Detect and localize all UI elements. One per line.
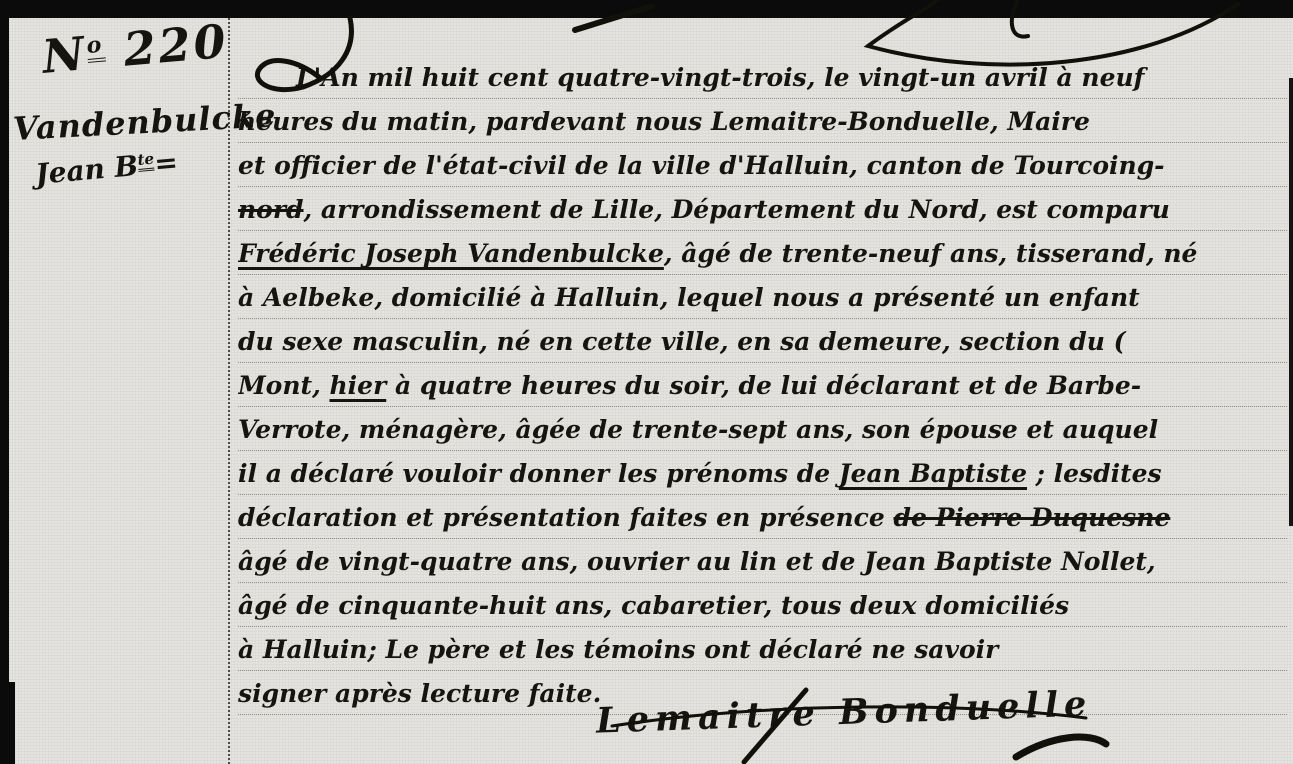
act-text-strike: de Pierre Duquesne xyxy=(894,503,1171,532)
act-text: , arrondissement de Lille, Département d… xyxy=(304,195,1170,224)
act-text: signer après lecture faite. xyxy=(238,679,601,708)
act-text: du sexe masculin, né en cette ville, en … xyxy=(238,327,1125,356)
act-line: L'An mil huit cent quatre-vingt-trois, l… xyxy=(238,55,1287,99)
act-line: à Halluin; Le père et les témoins ont dé… xyxy=(238,627,1287,671)
scan-edge-left xyxy=(0,0,9,764)
act-text-underline: Jean Baptiste xyxy=(839,459,1027,488)
record-number-n: N xyxy=(40,26,90,84)
act-text-underline: Frédéric Joseph Vandenbulcke xyxy=(238,239,664,268)
act-line: Mont, hier à quatre heures du soir, de l… xyxy=(238,363,1287,407)
act-line: nord, arrondissement de Lille, Départeme… xyxy=(238,187,1287,231)
act-text: à quatre heures du soir, de lui déclaran… xyxy=(386,371,1141,400)
act-text: il a déclaré vouloir donner les prénoms … xyxy=(238,459,839,488)
act-line: heures du matin, pardevant nous Lemaitre… xyxy=(238,99,1287,143)
act-text: et officier de l'état-civil de la ville … xyxy=(238,151,1165,180)
act-text: L'An mil huit cent quatre-vingt-trois, l… xyxy=(296,63,1144,92)
act-line: âgé de cinquante-huit ans, cabaretier, t… xyxy=(238,583,1287,627)
signature-paraph xyxy=(1016,737,1106,757)
act-text: à Aelbeke, domicilié à Halluin, lequel n… xyxy=(238,283,1140,312)
register-page-scan: No 220 Vandenbulcke Jean Bte= L'An mil h… xyxy=(0,0,1293,764)
act-text: Verrote, ménagère, âgée de trente-sept a… xyxy=(238,415,1158,444)
margin-given-name: Jean Bte= xyxy=(34,141,228,191)
scan-edge-left-foot xyxy=(0,682,15,764)
act-line: il a déclaré vouloir donner les prénoms … xyxy=(238,451,1287,495)
margin-given-suffix: = xyxy=(153,146,179,181)
act-line: du sexe masculin, né en cette ville, en … xyxy=(238,319,1287,363)
act-text-underline: hier xyxy=(329,371,386,400)
act-line: déclaration et présentation faites en pr… xyxy=(238,495,1287,539)
act-body: L'An mil huit cent quatre-vingt-trois, l… xyxy=(238,55,1287,715)
act-text: Mont, xyxy=(238,371,329,400)
act-margin: No 220 Vandenbulcke Jean Bte= xyxy=(12,30,226,191)
act-text: déclaration et présentation faites en pr… xyxy=(238,503,894,532)
act-text-strike: nord xyxy=(238,195,304,224)
record-number: No 220 xyxy=(40,14,230,84)
record-number-value: 220 xyxy=(102,14,230,79)
margin-surname: Vandenbulcke xyxy=(12,99,228,148)
scan-edge-top xyxy=(0,0,1293,18)
act-text: à Halluin; Le père et les témoins ont dé… xyxy=(238,635,998,664)
act-text: âgé de cinquante-huit ans, cabaretier, t… xyxy=(238,591,1069,620)
act-text: âgé de vingt-quatre ans, ouvrier au lin … xyxy=(238,547,1156,576)
act-line: à Aelbeke, domicilié à Halluin, lequel n… xyxy=(238,275,1287,319)
act-line: âgé de vingt-quatre ans, ouvrier au lin … xyxy=(238,539,1287,583)
margin-given-prefix: Jean B xyxy=(34,149,139,191)
act-text: ; lesdites xyxy=(1027,459,1162,488)
scan-edge-right xyxy=(1289,78,1293,526)
act-text: heures du matin, pardevant nous Lemaitre… xyxy=(238,107,1090,136)
act-text: , âgé de trente-neuf ans, tisserand, né xyxy=(664,239,1198,268)
act-line: Verrote, ménagère, âgée de trente-sept a… xyxy=(238,407,1287,451)
act-line: Frédéric Joseph Vandenbulcke, âgé de tre… xyxy=(238,231,1287,275)
act-line: et officier de l'état-civil de la ville … xyxy=(238,143,1287,187)
